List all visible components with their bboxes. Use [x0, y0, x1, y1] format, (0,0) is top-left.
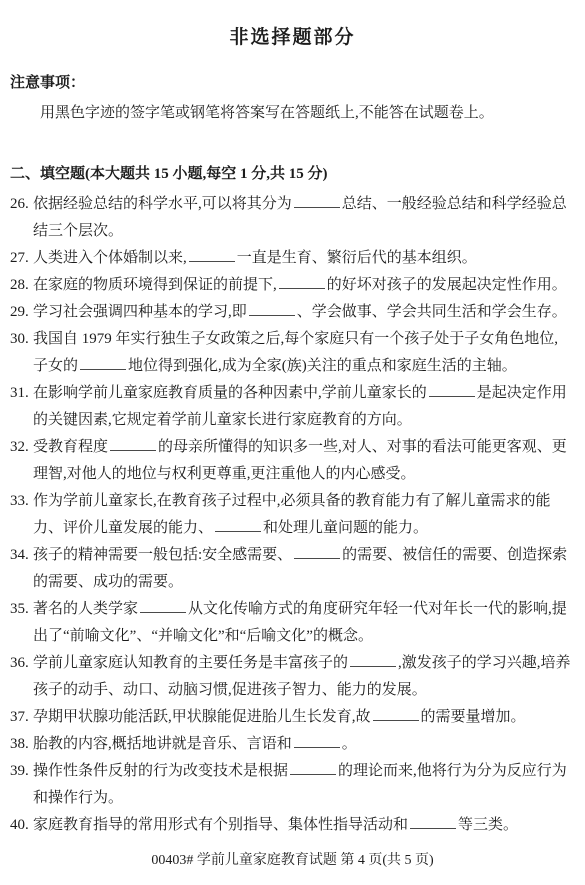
question-number: 35. [10, 596, 33, 623]
question: 26.依据经验总结的科学水平,可以将其分为总结、一般经验总结和科学经验总结三个层… [10, 191, 571, 245]
question-number: 38. [10, 731, 33, 758]
section-heading: 二、填空题(本大题共 15 小题,每空 1 分,共 15 分) [10, 162, 575, 183]
question-text-after-blank: 的需要量增加。 [421, 709, 526, 725]
question: 30.我国自 1979 年实行独生子女政策之后,每个家庭只有一个孩子处于子女角色… [10, 326, 571, 380]
blank-line [140, 599, 186, 613]
question: 38.胎教的内容,概括地讲就是音乐、言语和。 [10, 731, 571, 758]
question-text-before-blank: 操作性条件反射的行为改变技术是根据 [33, 763, 288, 779]
blank-line [429, 383, 475, 397]
question: 27.人类进入个体婚制以来,一直是生育、繁衍后代的基本组织。 [10, 245, 571, 272]
question-text-before-blank: 人类进入个体婚制以来, [33, 250, 187, 266]
question-text-before-blank: 依据经验总结的科学水平,可以将其分为 [33, 196, 292, 212]
question-number: 37. [10, 704, 33, 731]
question-text-after-blank: 等三类。 [458, 817, 518, 833]
blank-line [80, 356, 126, 370]
question: 35.著名的人类学家从文化传喻方式的角度研究年轻一代对年长一代的影响,提出了“前… [10, 596, 571, 650]
blank-line [189, 248, 235, 262]
question-number: 28. [10, 272, 33, 299]
blank-line [249, 302, 295, 316]
question: 37.孕期甲状腺功能活跃,甲状腺能促进胎儿生长发育,故的需要量增加。 [10, 704, 571, 731]
question-text-before-blank: 在家庭的物质环境得到保证的前提下, [33, 277, 277, 293]
question: 40.家庭教育指导的常用形式有个别指导、集体性指导活动和等三类。 [10, 812, 571, 839]
question-text-after-blank: 、学会做事、学会共同生活和学会生存。 [297, 304, 567, 320]
question-number: 40. [10, 812, 33, 839]
question-number: 27. [10, 245, 33, 272]
blank-line [215, 518, 261, 532]
question-text-after-blank: 的好坏对孩子的发展起决定性作用。 [327, 277, 567, 293]
question-number: 26. [10, 191, 33, 218]
question-number: 30. [10, 326, 33, 353]
exam-page: 非选择题部分 注意事项： 用黑色字迹的签字笔或钢笔将答案写在答题纸上,不能答在试… [0, 0, 585, 885]
question-number: 34. [10, 542, 33, 569]
page-title: 非选择题部分 [10, 0, 575, 49]
question: 39.操作性条件反射的行为改变技术是根据的理论而来,他将行为分为反应行为和操作行… [10, 758, 571, 812]
question-text-after-blank: 和处理儿童问题的能力。 [263, 520, 428, 536]
question-text-after-blank: 。 [342, 736, 357, 752]
blank-line [410, 815, 456, 829]
question-text-after-blank: 一直是生育、繁衍后代的基本组织。 [237, 250, 477, 266]
question-text-before-blank: 受教育程度 [33, 439, 108, 455]
notes-body: 用黑色字迹的签字笔或钢笔将答案写在答题纸上,不能答在试题卷上。 [10, 102, 575, 124]
question-number: 29. [10, 299, 33, 326]
question-number: 33. [10, 488, 33, 515]
question-text-after-blank: 地位得到强化,成为全家(族)关注的重点和家庭生活的主轴。 [128, 358, 517, 374]
question-list: 26.依据经验总结的科学水平,可以将其分为总结、一般经验总结和科学经验总结三个层… [10, 191, 575, 839]
question: 34.孩子的精神需要一般包括:安全感需要、的需要、被信任的需要、创造探索的需要、… [10, 542, 571, 596]
question-text-before-blank: 孩子的精神需要一般包括:安全感需要、 [33, 547, 292, 563]
question-text-before-blank: 学习社会强调四种基本的学习,即 [33, 304, 247, 320]
question-text-before-blank: 孕期甲状腺功能活跃,甲状腺能促进胎儿生长发育,故 [33, 709, 371, 725]
question-number: 32. [10, 434, 33, 461]
page-footer: 00403# 学前儿童家庭教育试题 第 4 页(共 5 页) [0, 849, 585, 869]
question-text-before-blank: 胎教的内容,概括地讲就是音乐、言语和 [33, 736, 292, 752]
blank-line [294, 194, 340, 208]
question: 33.作为学前儿童家长,在教育孩子过程中,必须具备的教育能力有了解儿童需求的能力… [10, 488, 571, 542]
blank-line [290, 761, 336, 775]
question-number: 31. [10, 380, 33, 407]
blank-line [294, 734, 340, 748]
question-number: 36. [10, 650, 33, 677]
question: 32.受教育程度的母亲所懂得的知识多一些,对人、对事的看法可能更客观、更理智,对… [10, 434, 571, 488]
question-text-before-blank: 著名的人类学家 [33, 601, 138, 617]
notes-heading: 注意事项： [10, 71, 575, 92]
question-number: 39. [10, 758, 33, 785]
blank-line [350, 653, 396, 667]
blank-line [373, 707, 419, 721]
question-text-before-blank: 家庭教育指导的常用形式有个别指导、集体性指导活动和 [33, 817, 408, 833]
blank-line [294, 545, 340, 559]
blank-line [110, 437, 156, 451]
question-text-before-blank: 学前儿童家庭认知教育的主要任务是丰富孩子的 [33, 655, 348, 671]
question: 31.在影响学前儿童家庭教育质量的各种因素中,学前儿童家长的是起决定作用的关键因… [10, 380, 571, 434]
question: 28.在家庭的物质环境得到保证的前提下,的好坏对孩子的发展起决定性作用。 [10, 272, 571, 299]
question: 29.学习社会强调四种基本的学习,即、学会做事、学会共同生活和学会生存。 [10, 299, 571, 326]
question: 36.学前儿童家庭认知教育的主要任务是丰富孩子的,激发孩子的学习兴趣,培养孩子的… [10, 650, 571, 704]
blank-line [279, 275, 325, 289]
question-text-before-blank: 在影响学前儿童家庭教育质量的各种因素中,学前儿童家长的 [33, 385, 427, 401]
